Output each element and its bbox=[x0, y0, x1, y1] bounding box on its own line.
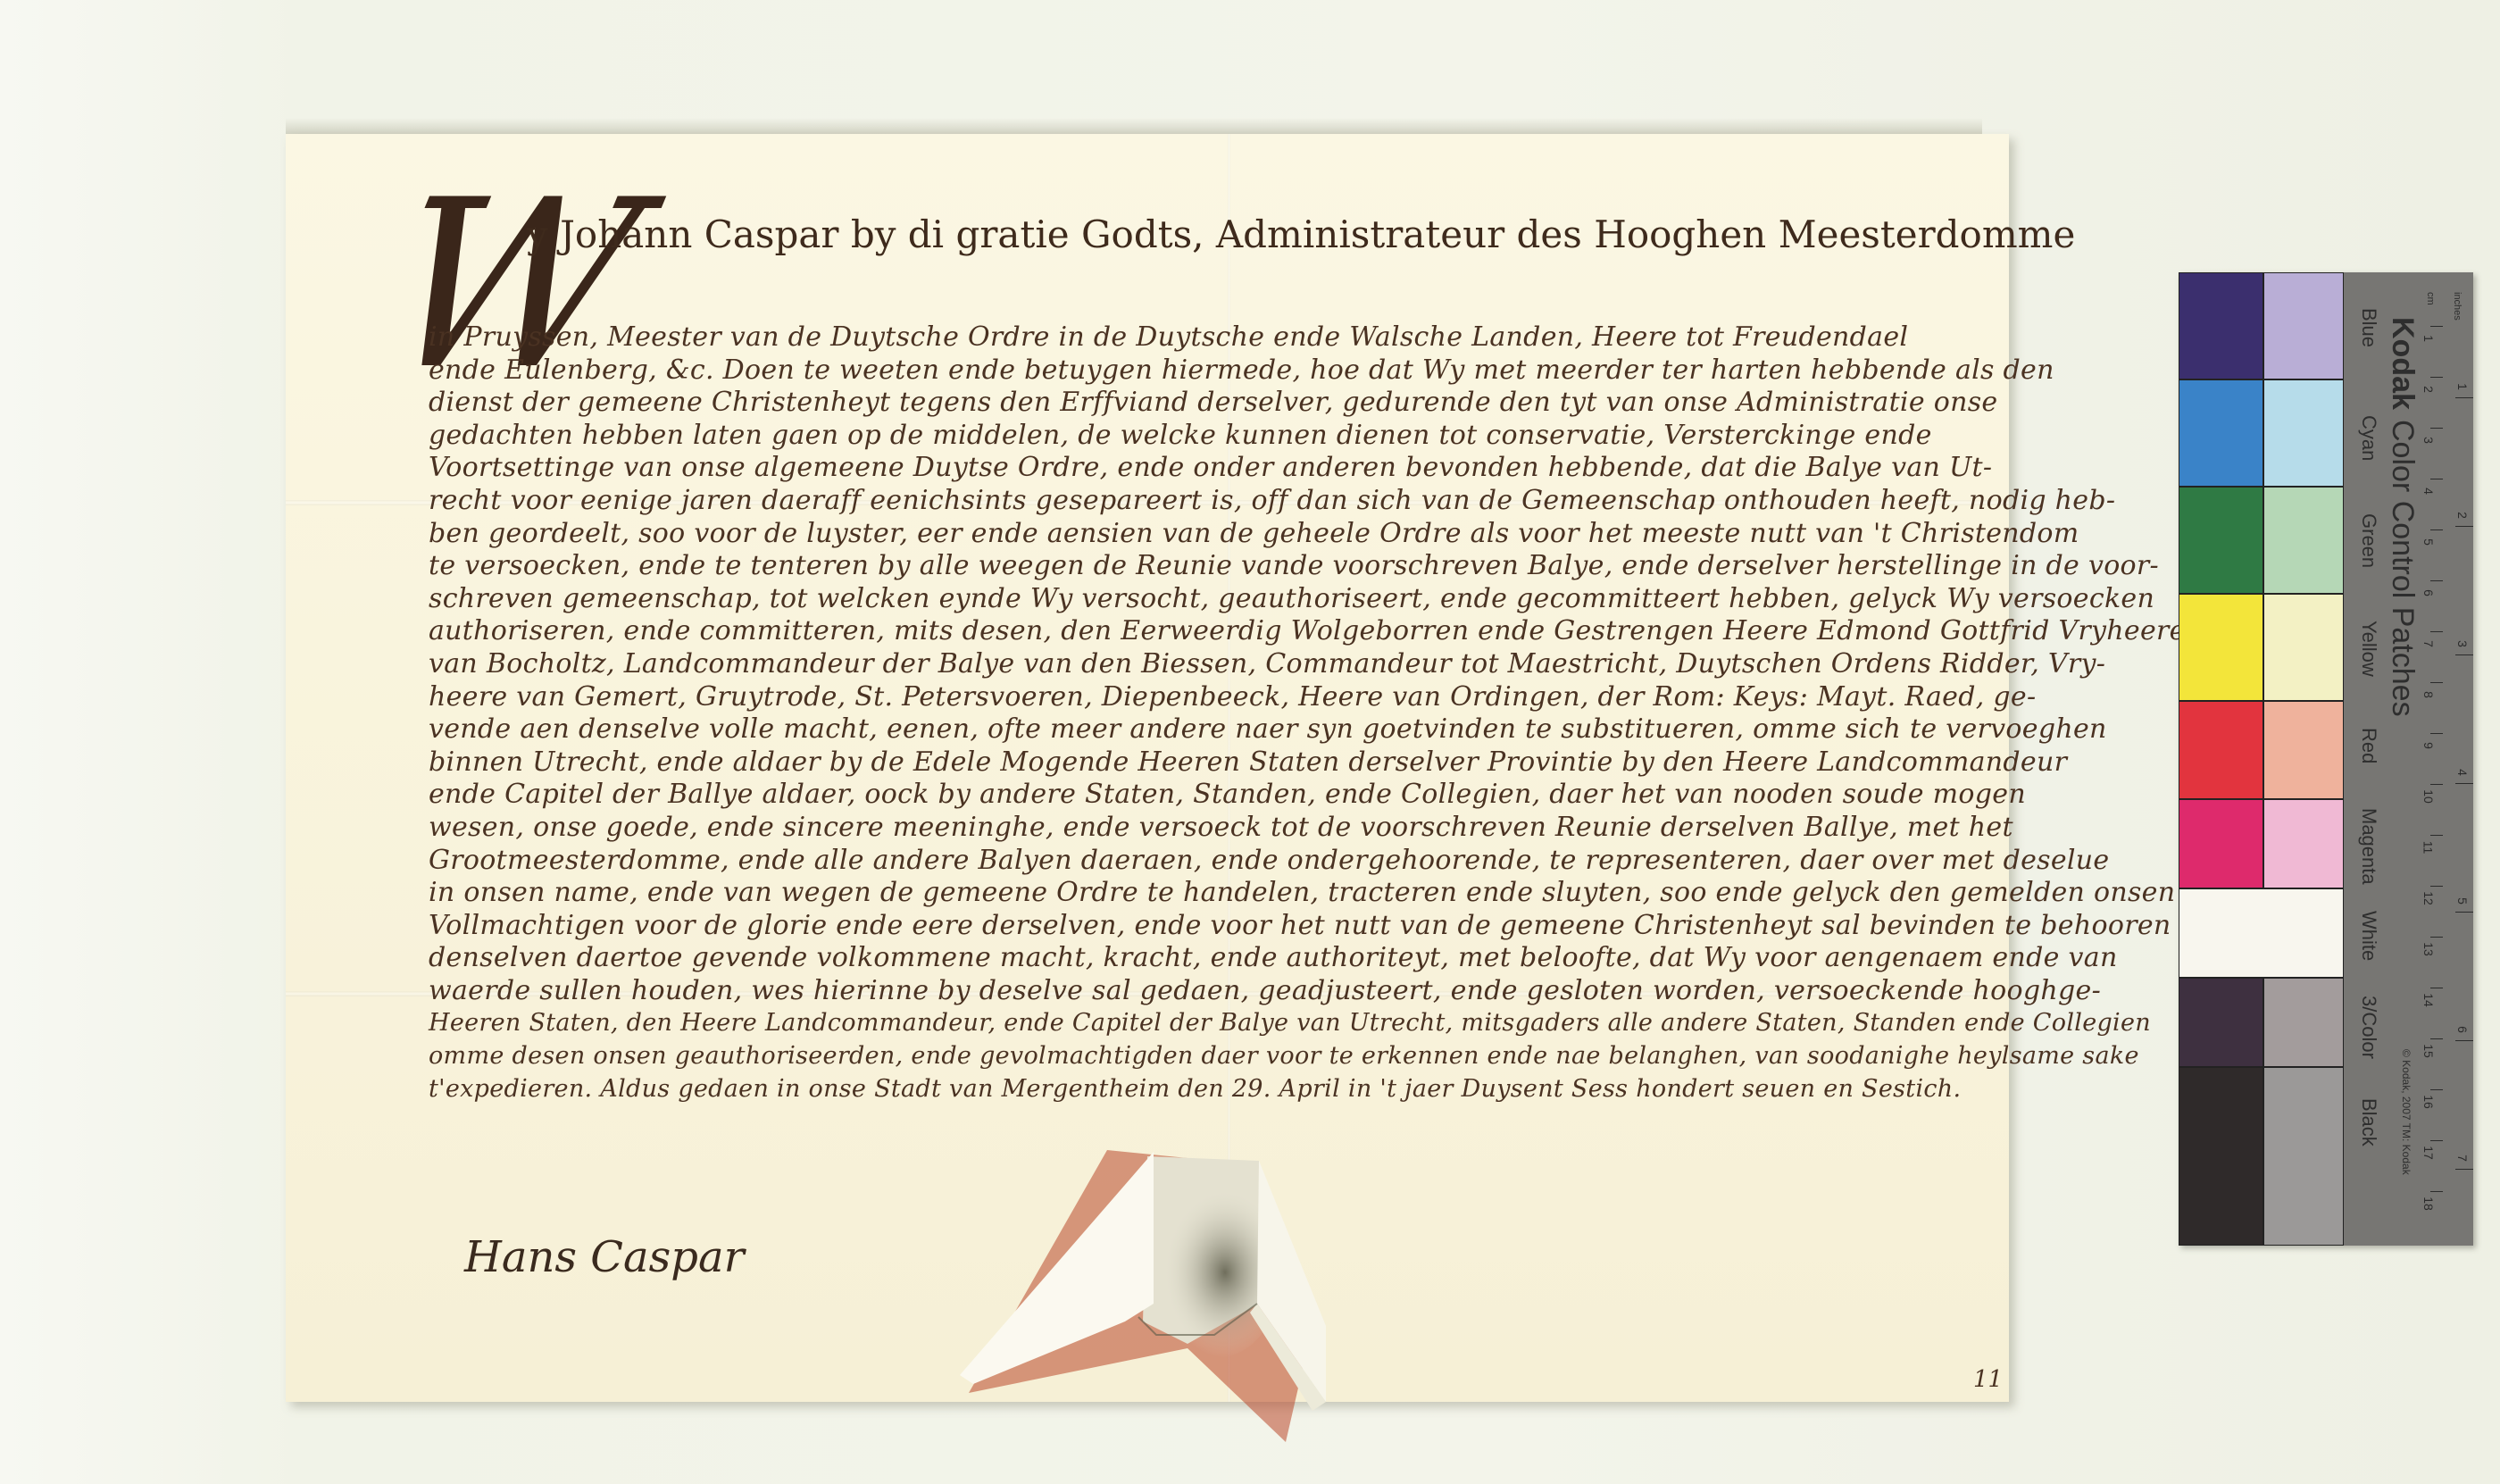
inch-mark: 2 bbox=[2455, 512, 2470, 519]
label-green: Green bbox=[2357, 513, 2380, 568]
kodak-brand: Kodak bbox=[2385, 317, 2420, 410]
cm-mark: 14 bbox=[2421, 993, 2436, 1007]
cm-mark: 8 bbox=[2421, 691, 2436, 698]
inch-mark: 5 bbox=[2455, 897, 2470, 905]
inch-unit-label: inches bbox=[2452, 292, 2462, 321]
text-line: van Bocholtz, Landcommandeur der Balye v… bbox=[429, 648, 2000, 681]
inch-mark: 3 bbox=[2455, 640, 2470, 647]
cm-unit-label: cm bbox=[2425, 292, 2436, 305]
patch-magenta-light bbox=[2263, 799, 2344, 888]
text-line-1: y Johann Caspar by di gratie Godts, Admi… bbox=[527, 219, 2075, 252]
patch-cyan-dark bbox=[2179, 379, 2263, 487]
patch-black-light bbox=[2263, 1067, 2344, 1246]
patch-blue-light bbox=[2263, 272, 2344, 379]
cm-mark: 15 bbox=[2421, 1044, 2436, 1058]
cm-mark: 4 bbox=[2421, 488, 2436, 495]
patch-yellow-dark bbox=[2179, 594, 2263, 701]
inch-mark: 1 bbox=[2455, 383, 2470, 390]
label-red: Red bbox=[2357, 728, 2380, 763]
cm-mark: 6 bbox=[2421, 589, 2436, 596]
text-line: waerde sullen houden, wes hierinne by de… bbox=[429, 975, 2000, 1008]
label-blue: Blue bbox=[2357, 308, 2380, 347]
patch-black-dark bbox=[2179, 1067, 2263, 1246]
patch-red-dark bbox=[2179, 701, 2263, 799]
line-text: y Johann Caspar by di gratie Godts, Admi… bbox=[527, 213, 2075, 256]
label-yellow: Yellow bbox=[2357, 621, 2380, 677]
patch-3color-light bbox=[2263, 978, 2344, 1067]
charter-text: in Pruyssen, Meester van de Duytsche Ord… bbox=[429, 321, 2000, 1105]
text-line: authoriseren, ende committeren, mits des… bbox=[429, 615, 2000, 648]
cm-mark: 1 bbox=[2421, 335, 2436, 342]
cm-mark: 13 bbox=[2421, 942, 2436, 956]
text-line: ende Eulenberg, &c. Doen te weeten ende … bbox=[429, 354, 2000, 388]
label-magenta: Magenta bbox=[2357, 808, 2380, 885]
label-cyan: Cyan bbox=[2357, 415, 2380, 461]
color-patches bbox=[2179, 272, 2344, 1246]
cm-mark: 12 bbox=[2421, 891, 2436, 905]
measurement-ruler: cm inches 1 2 3 4 5 6 7 8 bbox=[2420, 272, 2473, 1246]
cm-mark: 7 bbox=[2421, 640, 2436, 647]
text-line: ben geordeelt, soo voor de luyster, eer … bbox=[429, 518, 2000, 551]
patch-red-light bbox=[2263, 701, 2344, 799]
cm-mark: 10 bbox=[2421, 789, 2436, 804]
text-line: omme desen onsen geauthoriseerden, ende … bbox=[429, 1040, 2000, 1073]
cm-mark: 18 bbox=[2421, 1196, 2436, 1211]
text-line: recht voor eenige jaren daeraff eenichsi… bbox=[429, 485, 2000, 518]
cm-mark: 3 bbox=[2421, 437, 2436, 444]
patch-green-light bbox=[2263, 487, 2344, 594]
text-line: ende Capitel der Ballye aldaer, oock by … bbox=[429, 779, 2000, 812]
patch-yellow-light bbox=[2263, 594, 2344, 701]
text-line: denselven daertoe gevende volkommene mac… bbox=[429, 942, 2000, 975]
cm-mark: 2 bbox=[2421, 386, 2436, 393]
text-line: dienst der gemeene Christenheyt tegens d… bbox=[429, 387, 2000, 420]
inch-mark: 4 bbox=[2455, 769, 2470, 776]
patch-cyan-light bbox=[2263, 379, 2344, 487]
text-line: binnen Utrecht, ende aldaer by de Edele … bbox=[429, 746, 2000, 780]
cm-mark: 16 bbox=[2421, 1095, 2436, 1109]
patch-magenta-dark bbox=[2179, 799, 2263, 888]
inch-mark: 6 bbox=[2455, 1026, 2470, 1033]
text-line: te versoecken, ende te tenteren by alle … bbox=[429, 550, 2000, 583]
text-line: Vollmachtigen voor de glorie ende eere d… bbox=[429, 910, 2000, 943]
text-line: vende aen denselve volle macht, eenen, o… bbox=[429, 713, 2000, 746]
text-line: in Pruyssen, Meester van de Duytsche Ord… bbox=[429, 321, 2000, 354]
label-white: White bbox=[2357, 911, 2380, 961]
inch-mark: 7 bbox=[2455, 1155, 2470, 1162]
cm-mark: 5 bbox=[2421, 538, 2436, 546]
label-black: Black bbox=[2357, 1098, 2380, 1146]
text-line: wesen, onse goede, ende sincere meeningh… bbox=[429, 812, 2000, 845]
patch-white bbox=[2179, 888, 2344, 978]
text-line: heere van Gemert, Gruytrode, St. Petersv… bbox=[429, 681, 2000, 714]
patch-green-dark bbox=[2179, 487, 2263, 594]
text-line: t'expedieren. Aldus gedaen in onse Stadt… bbox=[429, 1073, 2000, 1106]
cm-mark: 11 bbox=[2421, 841, 2435, 855]
strip-title: Color Control Patches bbox=[2385, 420, 2420, 717]
kodak-color-control-strip: Kodak Color Control Patches Blue Cyan Gr… bbox=[2179, 272, 2473, 1246]
text-line: Heeren Staten, den Heere Landcommandeur,… bbox=[429, 1007, 2000, 1040]
text-line: Grootmeesterdomme, ende alle andere Baly… bbox=[429, 845, 2000, 878]
text-line: Voortsettinge van onse algemeene Duytse … bbox=[429, 452, 2000, 485]
folio-mark: 11 bbox=[1973, 1366, 2003, 1393]
sheet-shadow bbox=[286, 118, 1982, 134]
copyright-note: © Kodak, 2007 TM: Kodak bbox=[2400, 1049, 2412, 1175]
paper-seal-fold bbox=[920, 1134, 1330, 1464]
patch-blue-dark bbox=[2179, 272, 2263, 379]
cm-mark: 9 bbox=[2421, 742, 2436, 749]
patch-3color-dark bbox=[2179, 978, 2263, 1067]
text-line: schreven gemeenschap, tot welcken eynde … bbox=[429, 583, 2000, 616]
label-3color: 3/Color bbox=[2357, 996, 2380, 1059]
text-line: in onsen name, ende van wegen de gemeene… bbox=[429, 877, 2000, 910]
signature: Hans Caspar bbox=[464, 1232, 745, 1282]
cm-mark: 17 bbox=[2421, 1146, 2436, 1160]
text-line: gedachten hebben laten gaen op de middel… bbox=[429, 420, 2000, 453]
